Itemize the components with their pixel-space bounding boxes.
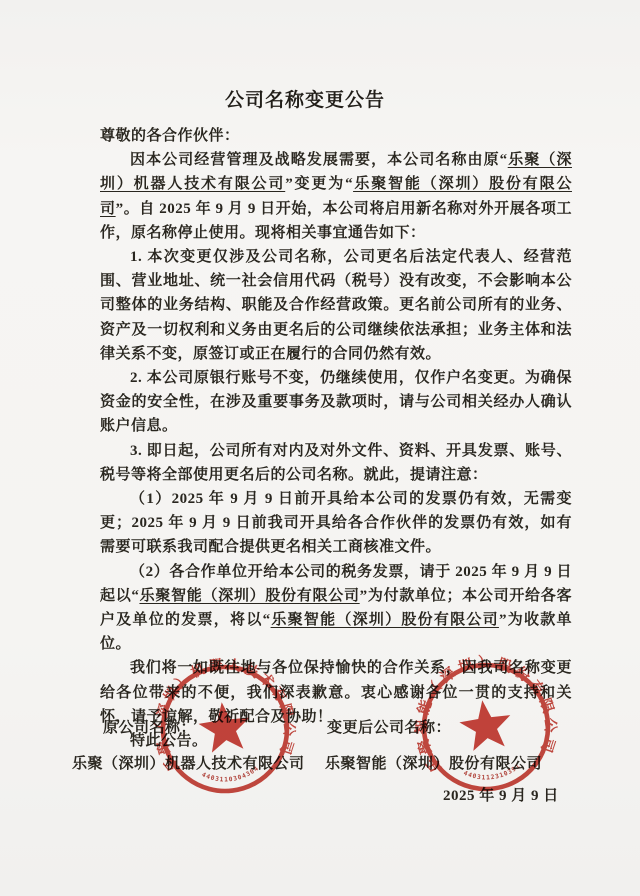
seal-star-icon — [196, 699, 253, 754]
old-company-seal: 乐聚（深圳）机器人技术有限公司 4403110304304 — [141, 645, 308, 812]
seal-graphic: 乐聚智能（深圳）股份有限公司 4403112310391 — [401, 642, 570, 811]
subitem-2: （2）各合作单位开给本公司的税务发票，请于 2025 年 9 月 9 日起以“乐… — [100, 560, 572, 657]
intro-paragraph: 因本公司经营管理及战略发展需要，本公司名称由原“乐聚（深圳）机器人技术有限公司”… — [100, 148, 572, 245]
new-company-name-inline: 乐聚智能（深圳）股份有限公司 — [271, 612, 499, 628]
intro-run: ”。自 2025 年 9 月 9 日开始，本公司将启用新名称对外开展各项工作，原… — [100, 201, 572, 241]
seal-graphic: 乐聚（深圳）机器人技术有限公司 4403110304304 — [141, 645, 308, 812]
salutation: 尊敬的各合作伙伴： — [100, 124, 572, 148]
page-title: 公司名称变更公告 — [0, 0, 640, 114]
intro-run: ”变更为“ — [285, 176, 353, 192]
intro-run: 因本公司经营管理及战略发展需要，本公司名称由原“ — [130, 152, 508, 168]
seal-star-icon — [457, 697, 515, 753]
item-2: 2. 本公司原银行账号不变，仍继续使用，仅作户名变更。为确保资金的安全性，在涉及… — [100, 366, 572, 439]
document-page: 公司名称变更公告 尊敬的各合作伙伴： 因本公司经营管理及战略发展需要，本公司名称… — [0, 0, 640, 896]
new-company-seal: 乐聚智能（深圳）股份有限公司 4403112310391 — [401, 642, 570, 811]
item-1: 1. 本次变更仅涉及公司名称，公司更名后法定代表人、经营范围、营业地址、统一社会… — [100, 245, 572, 366]
new-company-name-inline: 乐聚智能（深圳）股份有限公司 — [139, 588, 359, 604]
item-3: 3. 即日起，公司所有对内及对外文件、资料、开具发票、账号、税号等将全部使用更名… — [100, 439, 572, 487]
subitem-1: （1）2025 年 9 月 9 日前开具给本公司的发票仍有效，无需变更；2025… — [100, 487, 572, 560]
